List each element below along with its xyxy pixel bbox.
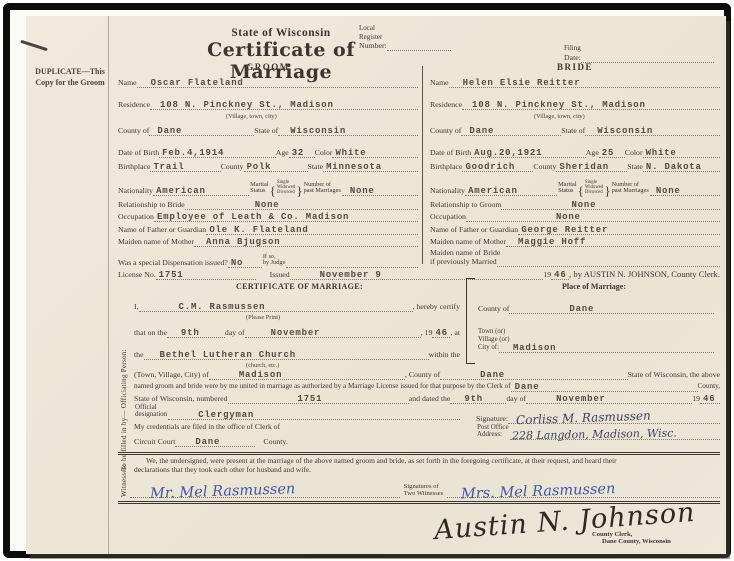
name-label: Name: [430, 78, 449, 88]
dob-label: Date of Birth: [430, 148, 471, 158]
local-register-block: Local Register Number:: [359, 24, 451, 51]
please-print-note: (Please Print): [246, 314, 280, 321]
marital-options: Single Widowed Divorced: [584, 180, 604, 196]
residence-label: Residence: [430, 100, 462, 110]
county-of-label: County of: [118, 126, 149, 136]
prev-married-l1: Maiden name of Bride: [430, 248, 720, 257]
groom-birthplace-value: Trail: [150, 163, 187, 172]
certificate-paper: DUPLICATE—This Copy for the Groom State …: [26, 16, 726, 554]
bride-birth-county-value: Sheridan: [556, 163, 612, 172]
groom-age-value: 32: [289, 149, 307, 158]
birth-county-label: County: [533, 162, 556, 172]
bride-nationality-row: Nationality American Marital Status { Si…: [430, 178, 720, 196]
year-prefix: 19: [543, 270, 551, 280]
county-clerk-issuer: , by AUSTIN N. JOHNSON, County Clerk.: [569, 270, 720, 280]
bride-color-value: White: [643, 149, 680, 158]
bride-relationship-row: Relationship to Groom None: [430, 200, 720, 210]
bride-dob-value: Aug.20,1921: [471, 149, 545, 158]
place-city-row: Town (or) Village (or) City of: Madison: [478, 328, 714, 353]
age-label: Age: [586, 148, 599, 158]
occupation-label: Occupation: [118, 212, 154, 222]
local-register-l2: Register: [359, 33, 451, 42]
bride-mother-value: Maggie Hoff: [506, 238, 589, 247]
side-label-officiating: To be filled in by— Officiating Person:: [120, 293, 128, 471]
within-the-label: within the: [429, 350, 460, 360]
state-of-wisconsin-label: State of Wisconsin, the above: [628, 370, 720, 380]
clerk-county-value: Dane: [511, 383, 543, 392]
designation-row: Official designation Clergyman: [134, 404, 460, 420]
place-county-label: County of: [478, 304, 509, 314]
dated-label: and dated the: [409, 394, 451, 404]
groom-name-row: Name Oscar Flateland: [118, 78, 418, 88]
dated-day-value: 9th: [450, 395, 486, 404]
circuit-court-row: Circuit Court Dane County.: [134, 437, 460, 447]
local-register-line: [387, 50, 451, 51]
town-village-city-label: (Town, Village, City) of: [134, 370, 209, 380]
past-marriages-label: Number of past Marriages: [611, 182, 650, 196]
witness2-signature: Mrs. Mel Rasmussen: [447, 485, 616, 500]
place-county-value: Dane: [509, 305, 597, 314]
local-register-l3: Number:: [359, 41, 387, 51]
occupation-label: Occupation: [430, 212, 466, 222]
bride-prev-married-row: Maiden name of Bride if previously Marri…: [430, 248, 720, 267]
issued-label: Issued: [256, 270, 290, 280]
mother-label: Maiden name of Mother: [430, 237, 506, 247]
county-word-label: County,: [698, 382, 721, 392]
filing-l1: Filing: [564, 44, 714, 53]
state-of-label: State of: [254, 126, 278, 136]
witness-signatures-row: Mr. Mel Rasmussen Signatures of Two Witn…: [130, 476, 720, 498]
signature-row: Signature: Corliss M. Rasmussen: [476, 408, 720, 424]
cert-license-number: 1751: [228, 395, 326, 404]
duplicate-margin-note: DUPLICATE—This Copy for the Groom: [34, 66, 106, 88]
groom-name-value: Oscar Flateland: [137, 79, 247, 88]
witness-statement-l2: declarations that they took each other f…: [134, 466, 720, 475]
groom-relationship-row: Relationship to Bride None: [118, 200, 418, 210]
groom-residence-value: 108 N. Pinckney St., Madison: [150, 101, 337, 110]
bride-birthplace-row: Birthplace Goodrich County Sheridan Stat…: [430, 162, 720, 172]
groom-birth-row: Date of Birth Feb.4,1914 Age 32 Color Wh…: [118, 148, 418, 158]
column-divider: [422, 66, 423, 264]
dated-month-value: November: [526, 395, 609, 404]
certify-line-2: that on the 9th day of November , 19 46 …: [134, 328, 460, 338]
authorized-text: named groom and bride were by me united …: [134, 382, 511, 392]
bride-past-marriages-value: None: [650, 187, 684, 196]
mother-label: Maiden name of Mother: [118, 237, 194, 247]
license-number-value: 1751: [156, 271, 187, 280]
po-address-value: 228 Langdon, Madison, Wisc.: [509, 429, 676, 441]
day-number-value: 9th: [167, 329, 203, 338]
groom-dob-value: Feb.4,1914: [159, 149, 227, 158]
circuit-court-label: Circuit Court: [134, 437, 175, 447]
bride-relationship-value: None: [501, 201, 599, 210]
groom-occupation-row: Occupation Employee of Leath & Co. Madis…: [118, 212, 418, 222]
bride-state-value: Wisconsin: [585, 127, 656, 136]
father-label: Name of Father or Guardian: [118, 225, 206, 235]
po-address-label: Post Office Address:: [476, 424, 510, 440]
groom-occupation-value: Employee of Leath & Co. Madison: [154, 213, 352, 222]
city-of-label: City of:: [478, 343, 499, 353]
dated-year-value: 46: [700, 395, 718, 404]
two-witnesses-label: Signatures of Two Witnesses: [400, 483, 448, 498]
nationality-label: Nationality: [118, 186, 153, 196]
license-year-value: 46: [551, 271, 569, 280]
marital-status-label: Marital Status: [249, 182, 270, 196]
groom-dispensation-row: Was a special Dispensation issued? No If…: [118, 254, 418, 268]
groom-residence-row: Residence 108 N. Pinckney St., Madison: [118, 100, 418, 110]
state-of-label: State of: [561, 126, 585, 136]
groom-section-title: GROOM: [116, 62, 420, 72]
birth-state-label: State: [627, 162, 643, 172]
if-so-judge-label: If so, by Judge: [262, 254, 287, 268]
relationship-label: Relationship to Bride: [118, 200, 185, 210]
certificate-form: State of Wisconsin Certificate of Marria…: [116, 16, 720, 554]
officiant-name-value: C.M. Rasmussen: [139, 303, 269, 312]
filing-date-block: Filing Date:: [564, 44, 714, 63]
circuit-county-value: Dane: [175, 438, 223, 447]
bride-father-value: George Reitter: [518, 226, 611, 235]
name-label: Name: [118, 78, 137, 88]
groom-mother-row: Maiden name of Mother Anna Bjugson: [118, 237, 418, 247]
designation-value: Clergyman: [168, 411, 257, 420]
staple-icon: [20, 40, 48, 52]
at-label: , at: [450, 328, 460, 338]
bride-residence-value: 108 N. Pinckney St., Madison: [462, 101, 649, 110]
residence-note-groom: (Village, town, city): [226, 113, 277, 120]
bride-occupation-row: Occupation None: [430, 212, 720, 222]
certify-line-1: I, C.M. Rasmussen , hereby certify: [134, 302, 460, 312]
groom-state-value: Wisconsin: [278, 127, 349, 136]
birthplace-label: Birthplace: [430, 162, 462, 172]
local-register-l1: Local: [359, 24, 451, 33]
bride-name-value: Helen Elsie Reitter: [449, 79, 584, 88]
groom-birth-state-value: Minnesota: [323, 163, 385, 172]
witness-statement: We, the undersigned, were present at the…: [134, 457, 720, 475]
color-label: Color: [315, 148, 333, 158]
license-no-label: License No.: [118, 270, 156, 280]
certificate-heading: CERTIFICATE OF MARRIAGE:: [236, 282, 466, 291]
bride-occupation-value: None: [466, 213, 584, 222]
bride-father-row: Name of Father or Guardian George Reitte…: [430, 225, 720, 235]
groom-county-row: County of Dane State of Wisconsin: [118, 126, 418, 136]
place-city-value: Madison: [499, 344, 559, 353]
the-label: the: [134, 350, 144, 360]
clerk-title-l2: Dane County, Wisconsin: [592, 538, 671, 545]
day-of-label: day of: [225, 328, 245, 338]
groom-father-value: Ole K. Flateland: [206, 226, 311, 235]
issued-date-value: November 9: [290, 271, 385, 280]
side-label-witnesses: Witnesses:: [120, 449, 128, 497]
place-heading: Place of Marriage:: [468, 282, 720, 291]
official-designation-label: Official designation: [134, 404, 168, 420]
groom-birthplace-row: Birthplace Trail County Polk State Minne…: [118, 162, 418, 172]
bride-birthplace-value: Goodrich: [462, 163, 518, 172]
photo-frame: DUPLICATE—This Copy for the Groom State …: [3, 3, 731, 558]
cert-county-of-label: , County of: [405, 370, 440, 380]
po-address-row: Post Office Address: 228 Langdon, Madiso…: [476, 424, 720, 440]
bride-birth-row: Date of Birth Aug.20,1921 Age 25 Color W…: [430, 148, 720, 158]
groom-father-row: Name of Father or Guardian Ole K. Flatel…: [118, 225, 418, 235]
filing-l2: Date:: [564, 53, 581, 63]
prev-married-l2: if previously Married: [430, 257, 497, 267]
prev-married-line: [497, 266, 720, 267]
dated-year-prefix: 19: [692, 394, 700, 404]
residence-note-bride: (Village, town, city): [534, 113, 585, 120]
groom-nationality-value: American: [153, 187, 209, 196]
dispensation-label: Was a special Dispensation issued?: [118, 258, 228, 268]
license-row: License No. 1751 Issued November 9 19 46…: [118, 270, 720, 280]
birthplace-label: Birthplace: [118, 162, 150, 172]
month-value: November: [245, 329, 324, 338]
bride-age-value: 25: [599, 149, 617, 158]
groom-mother-value: Anna Bjugson: [194, 238, 283, 247]
cert-county-value: Dane: [440, 371, 508, 380]
groom-relationship-value: None: [185, 201, 283, 210]
county-period-label: County.: [255, 437, 287, 447]
cert-town-value: Madison: [209, 371, 285, 380]
past-marriages-label: Number of past Marriages: [303, 182, 342, 196]
groom-birth-county-value: Polk: [244, 163, 275, 172]
credentials-text: My credentials are filed in the office o…: [134, 422, 280, 431]
groom-dispensation-value: No: [228, 259, 246, 268]
marital-status-label: Marital Status: [557, 182, 578, 196]
father-label: Name of Father or Guardian: [430, 225, 518, 235]
bride-name-row: Name Helen Elsie Reitter: [430, 78, 720, 88]
bride-county-row: County of Dane State of Wisconsin: [430, 126, 720, 136]
residence-label: Residence: [118, 100, 150, 110]
bride-birth-state-value: N. Dakota: [643, 163, 705, 172]
church-value: Bethel Lutheran Church: [144, 351, 299, 360]
bride-nationality-value: American: [465, 187, 521, 196]
church-note: (church, etc.): [246, 362, 279, 369]
hereby-certify-label: , hereby certify: [413, 302, 460, 312]
dob-label: Date of Birth: [118, 148, 159, 158]
bride-county-value: Dane: [461, 127, 497, 136]
that-on-the-label: that on the: [134, 328, 167, 338]
place-box-bracket: [466, 278, 476, 364]
certify-line-5: named groom and bride were by me united …: [134, 382, 720, 392]
groom-nationality-row: Nationality American Marital Status { Si…: [118, 178, 418, 196]
bride-mother-row: Maiden name of Mother Maggie Hoff: [430, 237, 720, 247]
clerk-title-l1: County Clerk,: [592, 531, 671, 538]
nationality-label: Nationality: [430, 186, 465, 196]
birth-county-label: County: [221, 162, 244, 172]
town-or-label: Town (or): [478, 328, 714, 336]
dated-day-of-label: day of: [506, 394, 526, 404]
certify-line-3: the Bethel Lutheran Church within the: [134, 350, 460, 360]
bride-section-title: BRIDE: [430, 62, 720, 72]
witness1-signature: Mr. Mel Rasmussen: [130, 485, 296, 500]
color-label: Color: [625, 148, 643, 158]
certify-line-4: (Town, Village, City) of Madison , Count…: [134, 370, 720, 380]
year-prefix-label: , 19: [421, 328, 433, 338]
fold-crease: [108, 16, 109, 554]
bride-residence-row: Residence 108 N. Pinckney St., Madison: [430, 100, 720, 110]
judge-line: [286, 267, 418, 268]
section-rule-top: [118, 452, 720, 455]
marital-options: Single Widowed Divorced: [276, 180, 296, 196]
groom-county-value: Dane: [149, 127, 185, 136]
groom-color-value: White: [332, 149, 369, 158]
place-county-row: County of Dane: [478, 304, 714, 314]
certify-line-6: State of Wisconsin, numbered 1751 and da…: [134, 394, 720, 404]
birth-state-label: State: [308, 162, 324, 172]
age-label: Age: [276, 148, 289, 158]
groom-past-marriages-value: None: [342, 187, 378, 196]
county-of-label: County of: [430, 126, 461, 136]
clerk-title-block: County Clerk, Dane County, Wisconsin: [592, 531, 671, 546]
relationship-label: Relationship to Groom: [430, 200, 501, 210]
cert-year-value: 46: [432, 329, 450, 338]
village-or-label: Village (or): [478, 336, 714, 344]
